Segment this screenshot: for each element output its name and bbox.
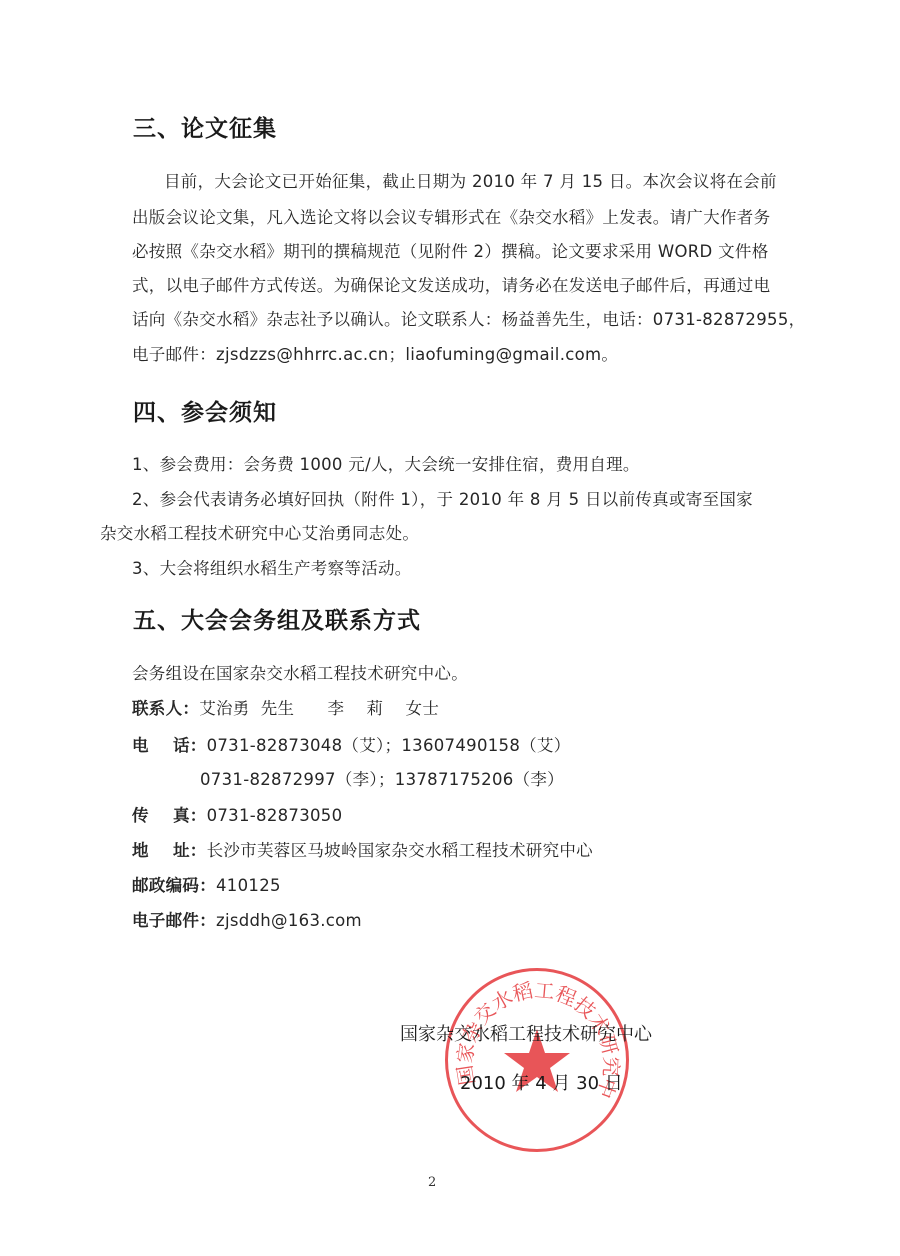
document-page: 三、论文征集 目前，大会论文已开始征集，截止日期为 2010 年 7 月 15 …: [0, 0, 900, 1256]
section-3-line-6: 电子邮件：zjsdzzs@hhrrc.ac.cn；liaofuming@gmai…: [132, 341, 618, 365]
section-3-line-3: 必按照《杂交水稻》期刊的撰稿规范（见附件 2）撰稿。论文要求采用 WORD 文件…: [132, 238, 769, 262]
postcode-value: 410125: [216, 876, 281, 895]
section-4-item-3: 3、大会将组织水稻生产考察等活动。: [132, 555, 412, 579]
email-row: 电子邮件：zjsddh@163.com: [132, 907, 362, 931]
official-seal: 国家杂交水稻工程技术研究中心: [445, 968, 629, 1152]
section-4-item-2: 2、参会代表请务必填好回执（附件 1），于 2010 年 8 月 5 日以前传真…: [132, 486, 753, 510]
signature-organization: 国家杂交水稻工程技术研究中心: [400, 1020, 652, 1046]
phone-value-1: 0731-82873048（艾）；13607490158（艾）: [207, 736, 571, 755]
contacts-value: 艾治勇 先生 李 莉 女士: [199, 699, 439, 718]
fax-value: 0731-82873050: [207, 806, 343, 825]
email-value: zjsddh@163.com: [216, 911, 362, 930]
section-3-line-1: 目前，大会论文已开始征集，截止日期为 2010 年 7 月 15 日。本次会议将…: [164, 168, 777, 192]
section-5-intro: 会务组设在国家杂交水稻工程技术研究中心。: [132, 660, 468, 684]
contacts-label: 联系人：: [132, 699, 199, 718]
fax-label: 传 真：: [132, 806, 207, 825]
section-5-heading: 五、大会会务组及联系方式: [133, 602, 421, 635]
page-number: 2: [428, 1175, 436, 1190]
section-4-heading: 四、参会须知: [133, 394, 277, 427]
section-4-item-2-cont: 杂交水稻工程技术研究中心艾治勇同志处。: [100, 520, 419, 544]
section-3-line-2: 出版会议论文集，凡入选论文将以会议专辑形式在《杂交水稻》上发表。请广大作者务: [132, 204, 770, 228]
section-3-line-4: 式，以电子邮件方式传送。为确保论文发送成功，请务必在发送电子邮件后，再通过电: [132, 272, 770, 296]
postcode-label: 邮政编码：: [132, 876, 216, 895]
phone-label: 电 话：: [132, 736, 207, 755]
postcode-row: 邮政编码：410125: [132, 872, 281, 896]
contacts-row: 联系人：艾治勇 先生 李 莉 女士: [132, 695, 439, 719]
phone-value-2: 0731-82872997（李）；13787175206（李）: [200, 766, 564, 790]
address-value: 长沙市芙蓉区马坡岭国家杂交水稻工程技术研究中心: [207, 841, 593, 860]
fax-row: 传 真：0731-82873050: [132, 802, 342, 826]
seal-star-icon: 国家杂交水稻工程技术研究中心: [448, 971, 626, 1149]
signature-date: 2010 年 4 月 30 日: [460, 1069, 623, 1095]
section-3-line-5: 话向《杂交水稻》杂志社予以确认。论文联系人：杨益善先生，电话：0731-8287…: [132, 306, 805, 330]
section-3-heading: 三、论文征集: [133, 110, 277, 143]
address-row: 地 址：长沙市芙蓉区马坡岭国家杂交水稻工程技术研究中心: [132, 837, 593, 861]
address-label: 地 址：: [132, 841, 207, 860]
section-4-item-1: 1、参会费用：会务费 1000 元/人，大会统一安排住宿，费用自理。: [132, 451, 640, 475]
phone-row: 电 话：0731-82873048（艾）；13607490158（艾）: [132, 732, 571, 756]
email-label: 电子邮件：: [132, 911, 216, 930]
